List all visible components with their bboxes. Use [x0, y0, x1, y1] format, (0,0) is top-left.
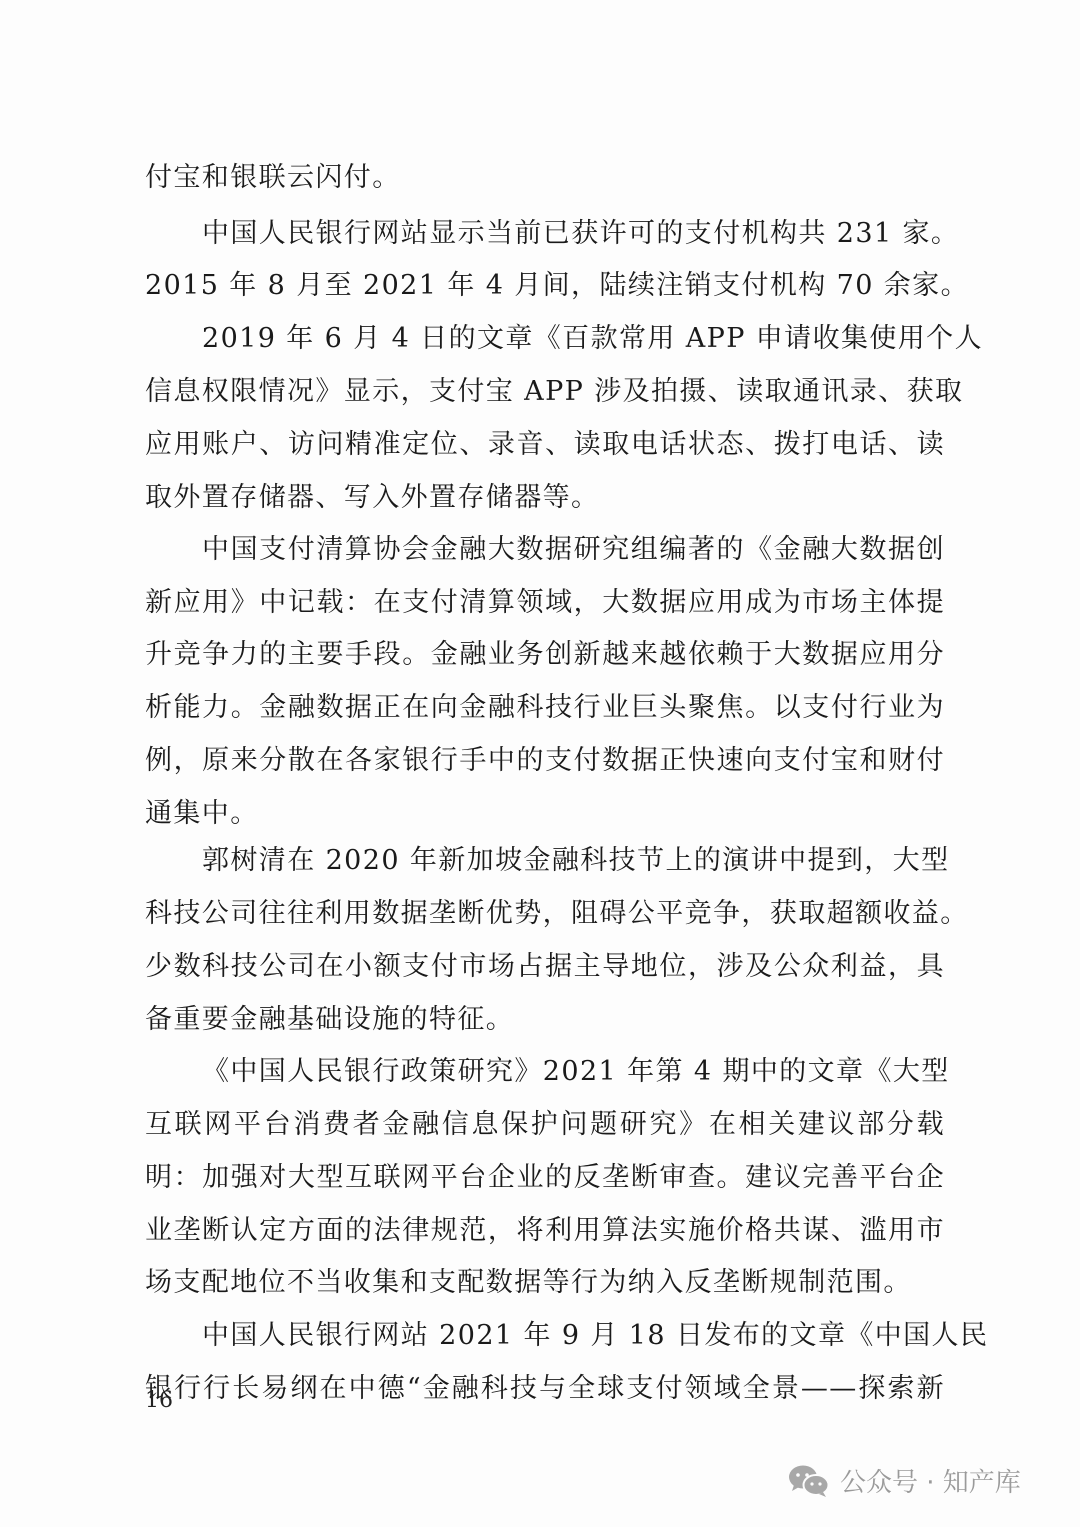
text-line: 互联网平台消费者金融信息保护问题研究》在相关建议部分载 — [145, 1107, 945, 1143]
text-line: 应用账户、访问精准定位、录音、读取电话状态、拨打电话、读 — [145, 427, 945, 463]
text-line: 少数科技公司在小额支付市场占据主导地位，涉及公众利益，具 — [145, 949, 945, 985]
text-line: 2019 年 6 月 4 日的文章《百款常用 APP 申请收集使用个人 — [202, 321, 945, 357]
text-line: 备重要金融基础设施的特征。 — [145, 1002, 945, 1038]
text-line: 中国支付清算协会金融大数据研究组编著的《金融大数据创 — [202, 532, 945, 568]
text-line: 通集中。 — [145, 796, 945, 832]
watermark-text: 公众号 · 知产库 — [840, 1462, 1021, 1499]
text-line: 升竞争力的主要手段。金融业务创新越来越依赖于大数据应用分 — [145, 637, 945, 673]
text-line: 郭树清在 2020 年新加坡金融科技节上的演讲中提到，大型 — [202, 843, 945, 879]
text-line: 场支配地位不当收集和支配数据等行为纳入反垄断规制范围。 — [145, 1265, 945, 1301]
text-line: 业垄断认定方面的法律规范，将利用算法实施价格共谋、滥用市 — [145, 1213, 945, 1249]
text-line: 析能力。金融数据正在向金融科技行业巨头聚焦。以支付行业为 — [145, 690, 945, 726]
text-line: 科技公司往往利用数据垄断优势，阻碍公平竞争，获取超额收益。 — [145, 896, 945, 932]
wechat-icon — [788, 1464, 830, 1498]
text-line: 中国人民银行网站显示当前已获许可的支付机构共 231 家。 — [202, 216, 945, 252]
text-line: 例，原来分散在各家银行手中的支付数据正快速向支付宝和财付 — [145, 743, 945, 779]
text-line: 2015 年 8 月至 2021 年 4 月间，陆续注销支付机构 70 余家。 — [145, 268, 945, 304]
document-page: 付宝和银联云闪付。中国人民银行网站显示当前已获许可的支付机构共 231 家。20… — [0, 0, 1080, 1527]
wechat-watermark: 公众号 · 知产库 — [788, 1462, 1021, 1499]
text-line: 付宝和银联云闪付。 — [145, 160, 945, 196]
text-line: 取外置存储器、写入外置存储器等。 — [145, 480, 945, 516]
text-line: 《中国人民银行政策研究》2021 年第 4 期中的文章《大型 — [202, 1054, 945, 1090]
text-line: 新应用》中记载：在支付清算领域，大数据应用成为市场主体提 — [145, 585, 945, 621]
text-line: 信息权限情况》显示，支付宝 APP 涉及拍摄、读取通讯录、获取 — [145, 374, 945, 410]
text-line: 明：加强对大型互联网平台企业的反垄断审查。建议完善平台企 — [145, 1160, 945, 1196]
text-line: 中国人民银行网站 2021 年 9 月 18 日发布的文章《中国人民 — [202, 1318, 945, 1354]
page-number: 16 — [145, 1388, 173, 1413]
text-line: 银行行长易纲在中德“金融科技与全球支付领域全景——探索新 — [145, 1371, 945, 1407]
